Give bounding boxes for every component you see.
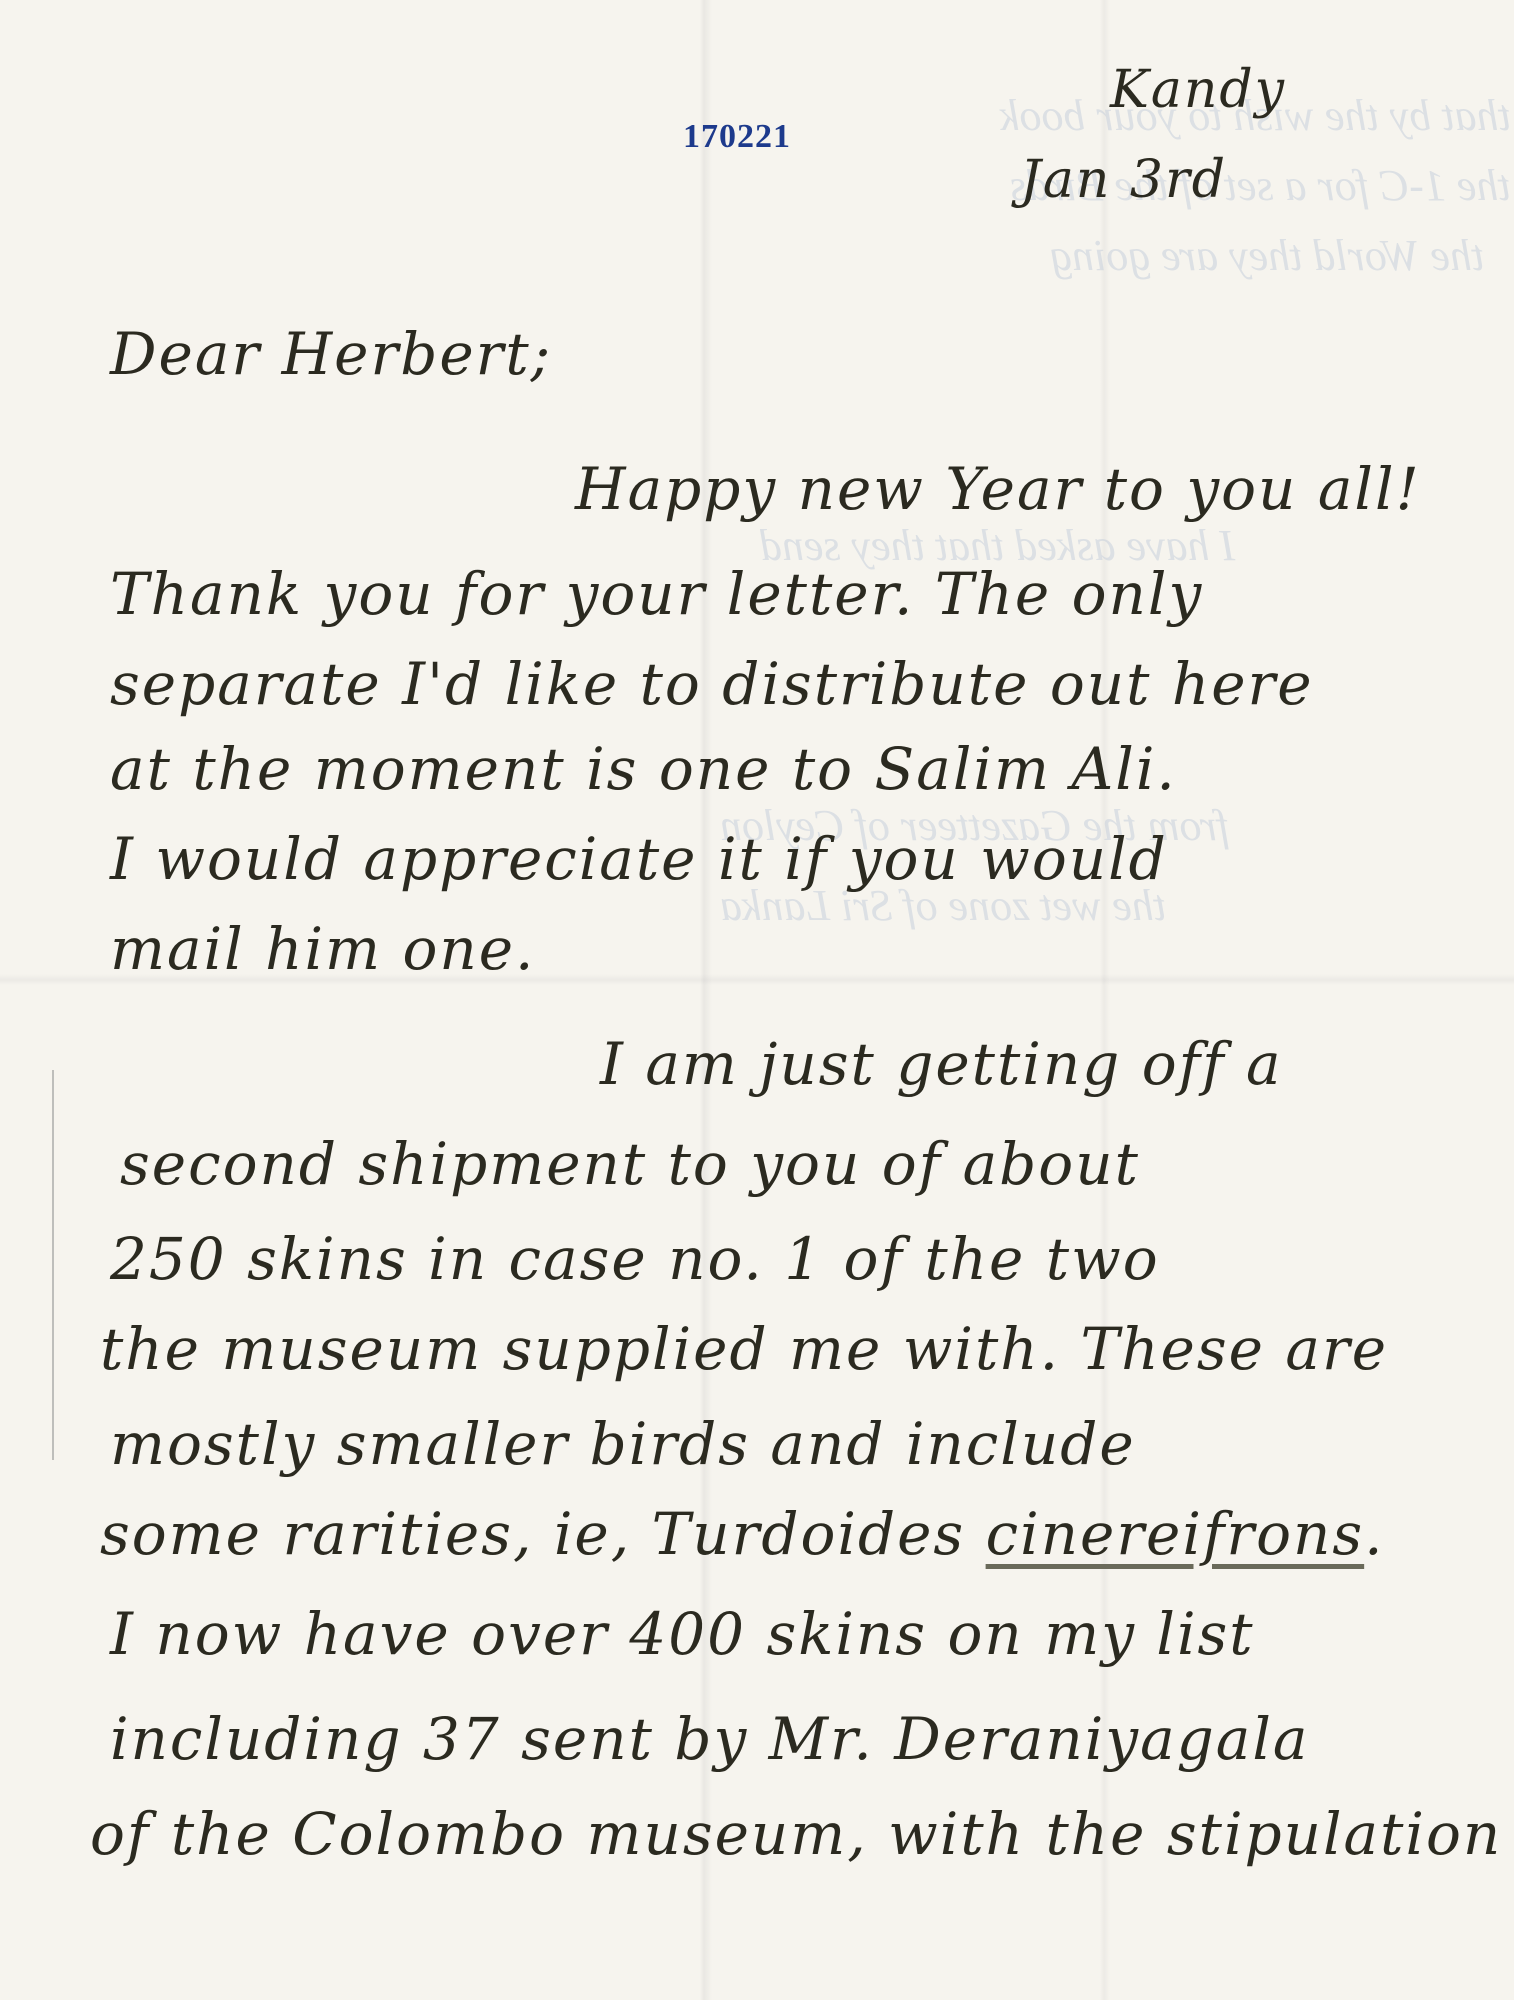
margin-pencil-line	[52, 1070, 54, 1460]
body-line: of the Colombo museum, with the stipulat…	[90, 1800, 1502, 1868]
body-line: I now have over 400 skins on my list	[110, 1600, 1255, 1668]
body-line: mail him one.	[110, 915, 536, 983]
body-line: at the moment is one to Salim Ali.	[110, 735, 1177, 803]
body-line: second shipment to you of about	[120, 1130, 1140, 1198]
body-line: 250 skins in case no. 1 of the two	[110, 1225, 1160, 1293]
body-line: Thank you for your letter. The only	[110, 560, 1203, 628]
body-line: mostly smaller birds and include	[110, 1410, 1136, 1478]
letter-place: Kandy	[1110, 60, 1286, 120]
letter-date: Jan 3rd	[1020, 150, 1227, 210]
archive-stamp-number: 170221	[683, 118, 791, 156]
body-line: separate I'd like to distribute out here	[110, 650, 1314, 718]
body-line: the museum supplied me with. These are	[100, 1315, 1388, 1383]
body-line: including 37 sent by Mr. Deraniyagala	[110, 1705, 1309, 1773]
show-through-text: the World they are going	[1050, 230, 1484, 281]
body-line: I am just getting off a	[600, 1030, 1283, 1098]
body-line: I would appreciate it if you would	[110, 825, 1168, 893]
salutation: Dear Herbert;	[110, 320, 552, 388]
line-text: some rarities, ie, Turdoides cinereifron…	[100, 1500, 1385, 1568]
body-line: Happy new Year to you all!	[575, 455, 1421, 523]
body-line: some rarities, ie, Turdoides cinereifron…	[100, 1500, 1385, 1568]
underlined-term: cinereifrons	[986, 1500, 1365, 1568]
